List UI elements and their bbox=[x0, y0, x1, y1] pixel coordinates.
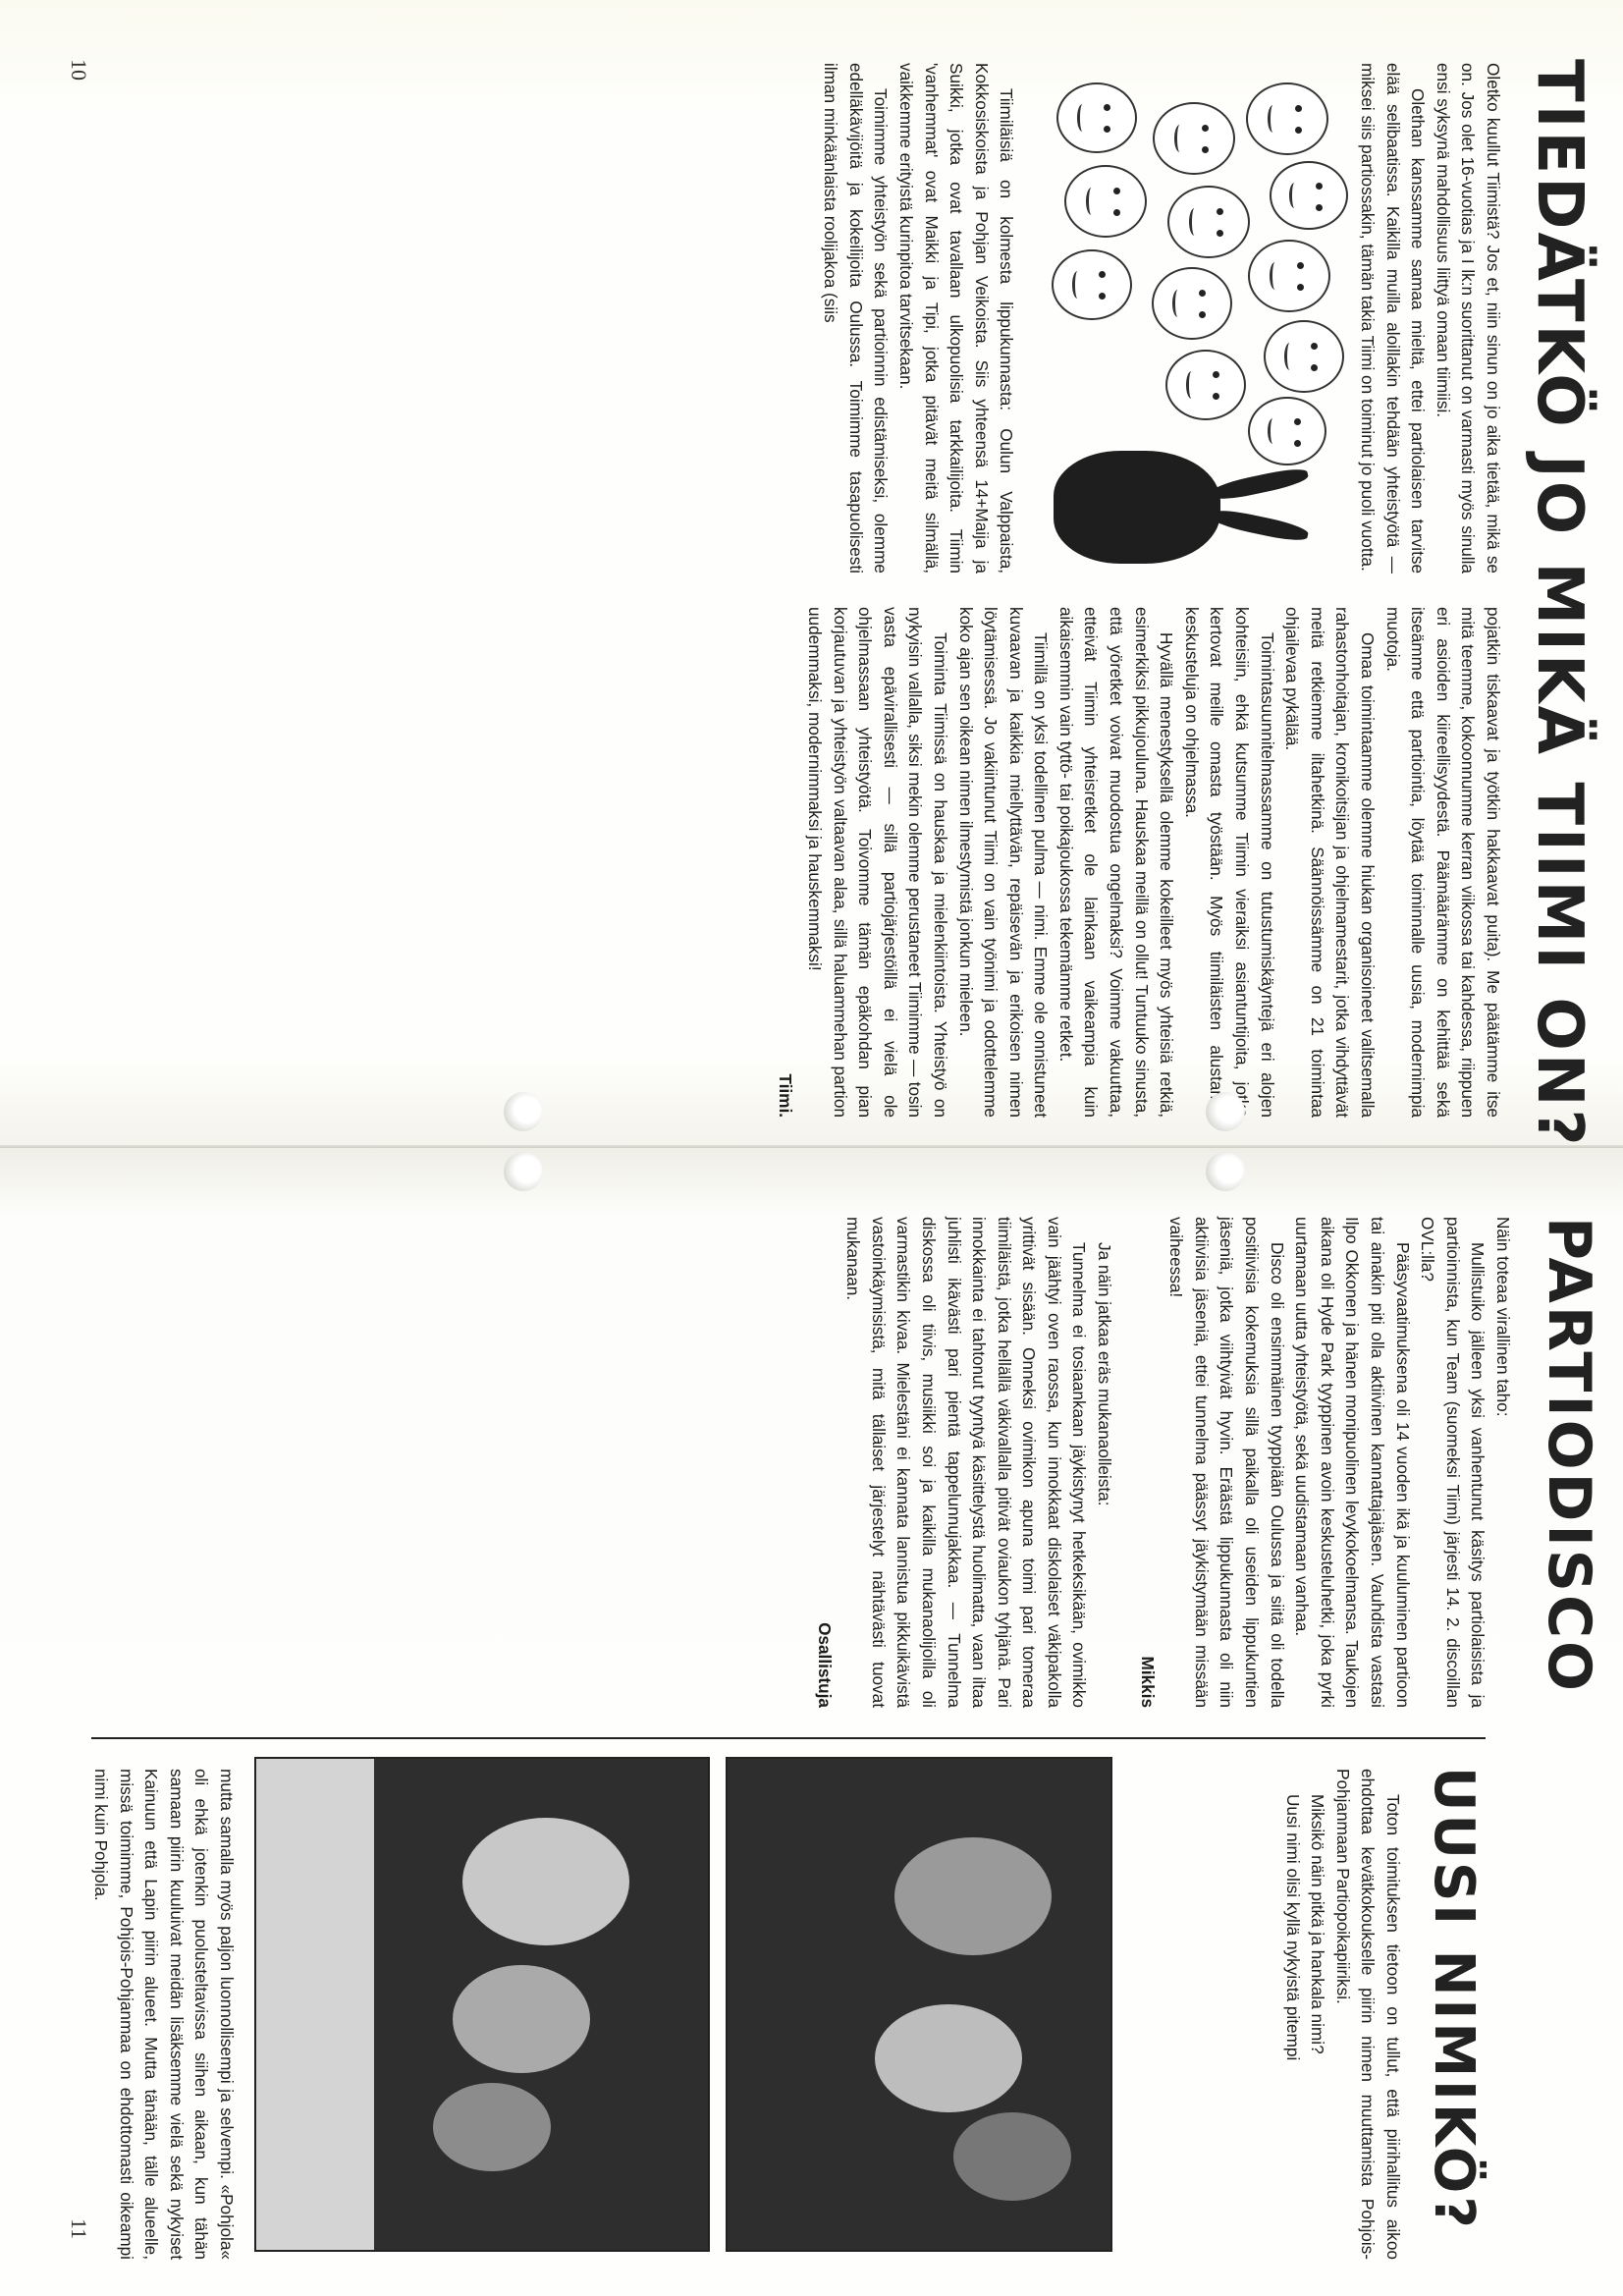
partiodisco-column: Näin toteaa virallinen taho: Mullistuiko… bbox=[811, 1217, 1515, 1708]
paragraph: Tiimiläisiä on kolmesta lippukunnasta: O… bbox=[893, 63, 1018, 574]
partiodisco-headline: PARTIODISCO bbox=[1535, 1217, 1603, 1694]
drawn-bunny-ears-icon bbox=[1211, 465, 1311, 503]
photo-floor bbox=[256, 1759, 374, 2250]
page-10-column-2: pojatkin tiskaavat ja työtkin hakkaavat … bbox=[773, 607, 1505, 1118]
paragraph: Näin toteaa virallinen taho: bbox=[1489, 1217, 1515, 1708]
uusi-nimiko-headline: UUSI NIMIKÖ? bbox=[1422, 1767, 1486, 2231]
photo-figure bbox=[433, 2083, 551, 2171]
paragraph: Miksikö näin pitkä ja hankala nimi? bbox=[1305, 1769, 1330, 2260]
photo-figure bbox=[453, 1965, 590, 2073]
photo-figure bbox=[875, 2004, 1022, 2112]
page-number: 11 bbox=[66, 2218, 91, 2239]
drawn-face-icon bbox=[1270, 161, 1348, 230]
drawn-face-icon bbox=[1248, 240, 1330, 312]
paragraph: Toimimme yhteistyön sekä partioinnin edi… bbox=[818, 63, 893, 574]
paragraph: Toiminta Tiimissä on hauskaa ja mielenki… bbox=[801, 607, 952, 1118]
drawn-face-icon bbox=[1165, 350, 1246, 420]
drawn-face-icon bbox=[1167, 186, 1250, 258]
signature: Osallistuja bbox=[811, 1217, 837, 1708]
paragraph: Omaa toimintaamme olemme hiukan organiso… bbox=[1279, 607, 1380, 1118]
page-10: TIEDÄTKÖ JO MIKÄ TIIMI ON? Oletko kuullu… bbox=[0, 0, 1623, 1148]
signature: Mikkis bbox=[1134, 1217, 1160, 1708]
drawn-face-icon bbox=[1052, 249, 1132, 320]
paragraph: Ja näin jatkaa eräs mukanaolleista: bbox=[1092, 1217, 1117, 1708]
page-11: PARTIODISCO Näin toteaa virallinen taho:… bbox=[0, 1148, 1623, 2296]
photo-figure bbox=[462, 1818, 629, 1945]
drawn-bunny-ears-icon bbox=[1211, 507, 1311, 544]
drawn-face-icon bbox=[1056, 82, 1137, 153]
drawn-bunny-icon bbox=[1054, 451, 1220, 564]
paragraph: Mullistuiko jälleen yksi vanhentunut käs… bbox=[1415, 1217, 1490, 1708]
drawn-face-icon bbox=[1152, 267, 1232, 340]
paragraph: Tunnelma ei tosiaankaan jäykistynyt hetk… bbox=[840, 1217, 1092, 1708]
page-10-column-1: Oletko kuullut Tiimistä? Jos et, niin si… bbox=[818, 63, 1505, 574]
photo-figure bbox=[894, 1837, 1052, 1955]
disco-dancers-photo bbox=[726, 1757, 1112, 2252]
paragraph: Uusi nimi olisi kyllä nykyistä pitempi bbox=[1279, 1769, 1305, 2260]
binder-hole bbox=[1206, 1152, 1245, 1191]
paragraph: Pääsyvaatimuksena oli 14 vuoden ikä ja k… bbox=[1289, 1217, 1415, 1708]
paragraph: Toton toimituksen tietoon on tullut, ett… bbox=[1329, 1769, 1405, 2260]
signature: Tiimi. bbox=[773, 607, 798, 1118]
paragraph: Toimintasuunnitelmassamme on tutustumisk… bbox=[1178, 607, 1278, 1118]
paragraph: Olethan kanssamme samaa mieltä, ettei pa… bbox=[1354, 63, 1430, 574]
article-divider bbox=[91, 1737, 1486, 1739]
page-10-headline: TIEDÄTKÖ JO MIKÄ TIIMI ON? bbox=[1523, 59, 1596, 1149]
drawn-face-icon bbox=[1064, 165, 1147, 238]
paragraph: mutta samalla myös paljon luonnollisempi… bbox=[87, 1769, 239, 2260]
uusi-nimiko-column: Toton toimituksen tietoon on tullut, ett… bbox=[1279, 1769, 1405, 2260]
page-number: 10 bbox=[66, 59, 91, 81]
drawn-face-icon bbox=[1264, 320, 1344, 393]
child-drawing-illustration bbox=[1024, 63, 1348, 574]
paragraph: Disco oli ensimmäinen tyyppiään Oulussa … bbox=[1163, 1217, 1289, 1708]
drawn-face-icon bbox=[1248, 397, 1326, 465]
photo-figure bbox=[953, 2112, 1071, 2201]
uusi-nimiko-continuation: mutta samalla myös paljon luonnollisempi… bbox=[87, 1769, 239, 2260]
disco-crowd-photo bbox=[254, 1757, 710, 2252]
paragraph: Hyvällä menestyksellä olemme kokeilleet … bbox=[1053, 607, 1178, 1118]
paragraph: pojatkin tiskaavat ja työtkin hakkaavat … bbox=[1380, 607, 1505, 1118]
paragraph: Oletko kuullut Tiimistä? Jos et, niin si… bbox=[1430, 63, 1505, 574]
binder-hole bbox=[504, 1092, 543, 1131]
binder-hole bbox=[504, 1152, 543, 1191]
binder-hole bbox=[1206, 1092, 1245, 1131]
drawn-face-icon bbox=[1246, 82, 1328, 155]
drawn-face-icon bbox=[1153, 102, 1235, 175]
magazine-spread: TIEDÄTKÖ JO MIKÄ TIIMI ON? Oletko kuullu… bbox=[0, 0, 1623, 2296]
paragraph: Tiimillä on yksi todellinen pulma — nimi… bbox=[952, 607, 1053, 1118]
